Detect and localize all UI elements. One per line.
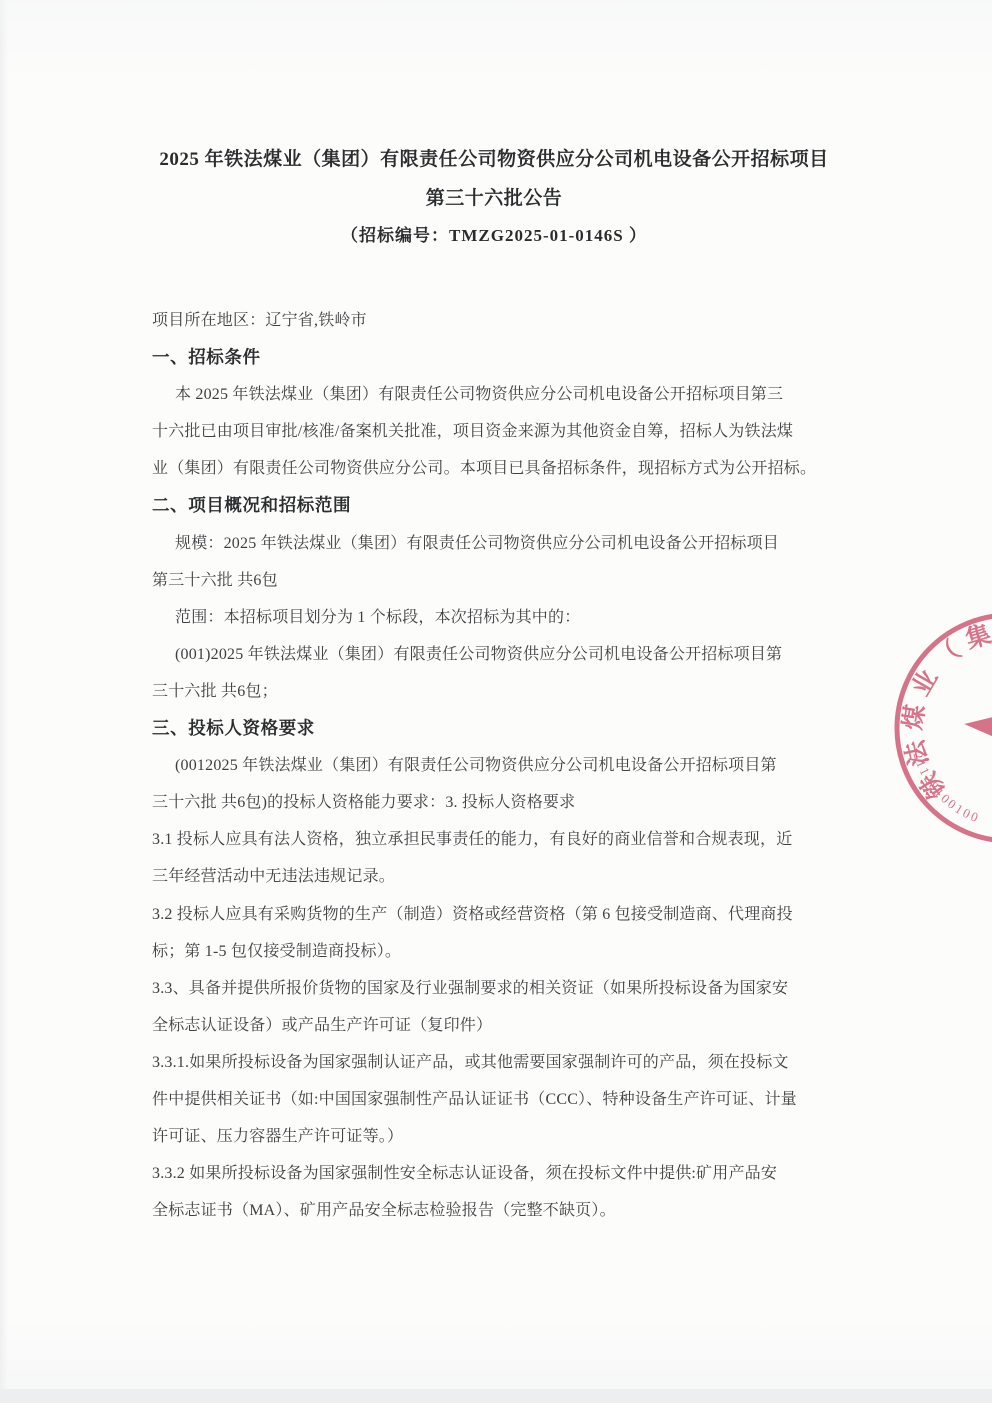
doc-line: 件中提供相关证书（如:中国国家强制性产品认证证书（CCC）、特种设备生产许可证、… (152, 1081, 844, 1118)
doc-line: 业（集团）有限责任公司物资供应分公司。本项目已具备招标条件，现招标方式为公开招标… (152, 450, 844, 487)
doc-line: 三十六批 共6包)的投标人资格能力要求：3. 投标人资格要求 (152, 784, 844, 821)
scanned-document-page: 2025 年铁法煤业（集团）有限责任公司物资供应分公司机电设备公开招标项目 第三… (0, 0, 992, 1403)
doc-line: 许可证、压力容器生产许可证等。） (152, 1118, 844, 1155)
doc-line: 范围：本招标项目划分为 1 个标段，本次招标为其中的： (152, 599, 844, 636)
doc-line: 十六批已由项目审批/核准/备案机关批准，项目资金来源为其他资金自筹，招标人为铁法… (152, 413, 844, 450)
doc-line: (0012025 年铁法煤业（集团）有限责任公司物资供应分公司机电设备公开招标项… (152, 747, 844, 784)
doc-line: 第三十六批 共6包 (152, 562, 844, 599)
document-title-line1: 2025 年铁法煤业（集团）有限责任公司物资供应分公司机电设备公开招标项目 (152, 140, 836, 179)
star-icon (964, 683, 992, 770)
section-heading: 一、招标条件 (152, 339, 844, 376)
doc-line: 3.1 投标人应具有法人资格，独立承担民事责任的能力，有良好的商业信誉和合规表现… (152, 821, 844, 858)
doc-line: 3.3.1.如果所投标设备为国家强制认证产品，或其他需要国家强制许可的产品，须在… (152, 1044, 844, 1081)
doc-line: 全标志证书（MA）、矿用产品安全标志检验报告（完整不缺页）。 (152, 1192, 844, 1229)
seal-arc-text: 铁法煤业（集团） (899, 617, 992, 805)
seal-arc-text-holder: 铁法煤业（集团） (899, 617, 992, 805)
document-header: 2025 年铁法煤业（集团）有限责任公司物资供应分公司机电设备公开招标项目 第三… (152, 140, 836, 254)
doc-line: 标；第 1-5 包仅接受制造商投标）。 (152, 933, 844, 970)
doc-line: 3.2 投标人应具有采购货物的生产（制造）资格或经营资格（第 6 包接受制造商、… (152, 896, 844, 933)
section-heading: 三、投标人资格要求 (152, 710, 844, 747)
doc-line: 3.3、具备并提供所报价货物的国家及行业强制要求的相关资证（如果所投标设备为国家… (152, 970, 844, 1007)
scan-bottom-edge (0, 1389, 992, 1403)
section-heading: 二、项目概况和招标范围 (152, 487, 844, 524)
tender-number: （招标编号：TMZG2025-01-0146S ） (152, 218, 836, 254)
doc-line: 三十六批 共6包； (152, 673, 844, 710)
document-title-line2: 第三十六批公告 (152, 179, 836, 218)
document-lines: 项目所在地区：辽宁省,铁岭市一、招标条件本 2025 年铁法煤业（集团）有限责任… (152, 302, 844, 1229)
doc-line: 三年经营活动中无违法违规记录。 (152, 858, 844, 895)
doc-line: (001)2025 年铁法煤业（集团）有限责任公司物资供应分公司机电设备公开招标… (152, 636, 844, 673)
doc-line: 项目所在地区：辽宁省,铁岭市 (152, 302, 844, 339)
doc-line: 本 2025 年铁法煤业（集团）有限责任公司物资供应分公司机电设备公开招标项目第… (152, 376, 844, 413)
company-seal-stamp: 铁法煤业（集团） 21128100100 (880, 590, 992, 875)
doc-line: 3.3.2 如果所投标设备为国家强制性安全标志认证设备，须在投标文件中提供:矿用… (152, 1155, 844, 1192)
doc-line: 规模：2025 年铁法煤业（集团）有限责任公司物资供应分公司机电设备公开招标项目 (152, 525, 844, 562)
doc-line: 全标志认证设备）或产品生产许可证（复印件） (152, 1007, 844, 1044)
